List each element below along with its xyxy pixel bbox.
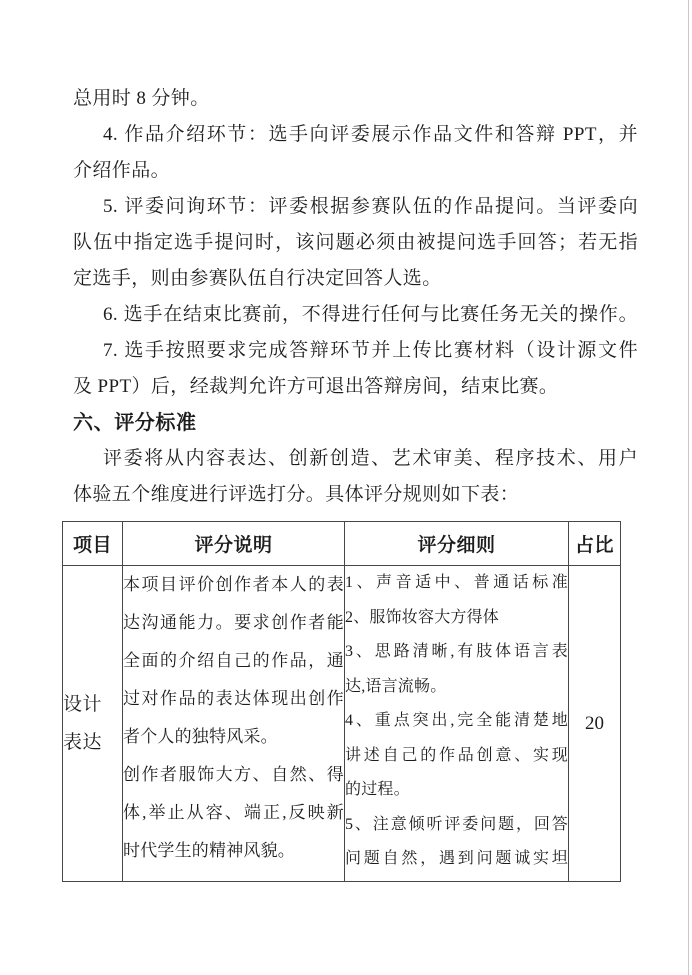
- paragraph-item-5: 5. 评委问询环节：评委根据参赛队伍的作品提问。当评委向 队伍中指定选手提问时，…: [73, 189, 638, 297]
- description-line: 全面的介绍自己的作品，通: [123, 642, 344, 680]
- description-line: 时代学生的精神风貌。: [123, 832, 344, 870]
- details-line: 1、声音适中、普通话标准: [345, 566, 568, 601]
- table-header-row: 项目 评分说明 评分细则 占比: [63, 522, 621, 566]
- header-details: 评分细则: [345, 522, 569, 566]
- paragraph-item-7: 7. 选手按照要求完成答辩环节并上传比赛材料（设计源文件 及 PPT）后，经裁判…: [73, 333, 638, 405]
- item-name-line: 表达: [63, 724, 122, 762]
- details-line: 4、重点突出,完全能清楚地: [345, 704, 568, 739]
- cell-weight: 20: [569, 566, 621, 882]
- paragraph-line: 5. 评委问询环节：评委根据参赛队伍的作品提问。当评委向: [73, 189, 638, 225]
- details-line: 达,语言流畅。: [345, 670, 568, 705]
- description-line: 体,举止从容、端正,反映新: [123, 794, 344, 832]
- paragraph-line: 7. 选手按照要求完成答辩环节并上传比赛材料（设计源文件: [73, 333, 638, 369]
- details-line: 讲述自己的作品创意、实现: [345, 739, 568, 774]
- cell-description: 本项目评价创作者本人的表 达沟通能力。要求创作者能 全面的介绍自己的作品，通 过…: [123, 566, 345, 882]
- details-line: 问题自然，遇到问题诚实坦: [345, 842, 568, 877]
- paragraph-line: 4. 作品介绍环节：选手向评委展示作品文件和答辩 PPT，并: [73, 117, 638, 153]
- description-line: 创作者服饰大方、自然、得: [123, 756, 344, 794]
- paragraph-line: 评委将从内容表达、创新创造、艺术审美、程序技术、用户: [73, 441, 638, 477]
- scoring-table: 项目 评分说明 评分细则 占比 设计 表达 本项目评价创作者本人的表 达沟通能力…: [62, 521, 621, 882]
- paragraph-item-4: 4. 作品介绍环节：选手向评委展示作品文件和答辩 PPT，并 介绍作品。: [73, 117, 638, 189]
- paragraph-line: 定选手，则由参赛队伍自行决定回答人选。: [73, 261, 638, 297]
- paragraph-line: 及 PPT）后，经裁判允许方可退出答辩房间，结束比赛。: [73, 369, 638, 405]
- header-description: 评分说明: [123, 522, 345, 566]
- description-line: 达沟通能力。要求创作者能: [123, 604, 344, 642]
- document-page: 总用时 8 分钟。 4. 作品介绍环节：选手向评委展示作品文件和答辩 PPT，并…: [0, 0, 692, 975]
- header-weight: 占比: [569, 522, 621, 566]
- paragraph-tail: 总用时 8 分钟。: [73, 81, 638, 117]
- details-line: 的过程。: [345, 773, 568, 808]
- paragraph-line: 队伍中指定选手提问时，该问题必须由被提问选手回答；若无指: [73, 225, 638, 261]
- cell-item-name: 设计 表达: [63, 566, 123, 882]
- header-item: 项目: [63, 522, 123, 566]
- description-line: 过对作品的表达体现出创作: [123, 680, 344, 718]
- paragraph-intro: 评委将从内容表达、创新创造、艺术审美、程序技术、用户 体验五个维度进行评选打分。…: [73, 441, 638, 513]
- paragraph-line: 介绍作品。: [73, 153, 638, 189]
- paragraph-line: 总用时 8 分钟。: [73, 81, 638, 117]
- details-line: 3、思路清晰,有肢体语言表: [345, 635, 568, 670]
- paragraph-item-6: 6. 选手在结束比赛前，不得进行任何与比赛任务无关的操作。: [73, 297, 638, 333]
- section-heading: 六、评分标准: [73, 405, 638, 441]
- paragraph-line: 体验五个维度进行评选打分。具体评分规则如下表：: [73, 477, 638, 513]
- paragraph-line: 6. 选手在结束比赛前，不得进行任何与比赛任务无关的操作。: [73, 297, 638, 333]
- table-row: 设计 表达 本项目评价创作者本人的表 达沟通能力。要求创作者能 全面的介绍自己的…: [63, 566, 621, 882]
- item-name-line: 设计: [63, 686, 122, 724]
- page-edge-line: [688, 0, 689, 975]
- cell-details: 1、声音适中、普通话标准 2、服饰妆容大方得体 3、思路清晰,有肢体语言表 达,…: [345, 566, 569, 882]
- description-line: 本项目评价创作者本人的表: [123, 566, 344, 604]
- details-line: 5、注意倾听评委问题，回答: [345, 808, 568, 843]
- description-line: 者个人的独特风采。: [123, 718, 344, 756]
- details-line: 2、服饰妆容大方得体: [345, 601, 568, 636]
- body-text: 总用时 8 分钟。 4. 作品介绍环节：选手向评委展示作品文件和答辩 PPT，并…: [73, 81, 638, 513]
